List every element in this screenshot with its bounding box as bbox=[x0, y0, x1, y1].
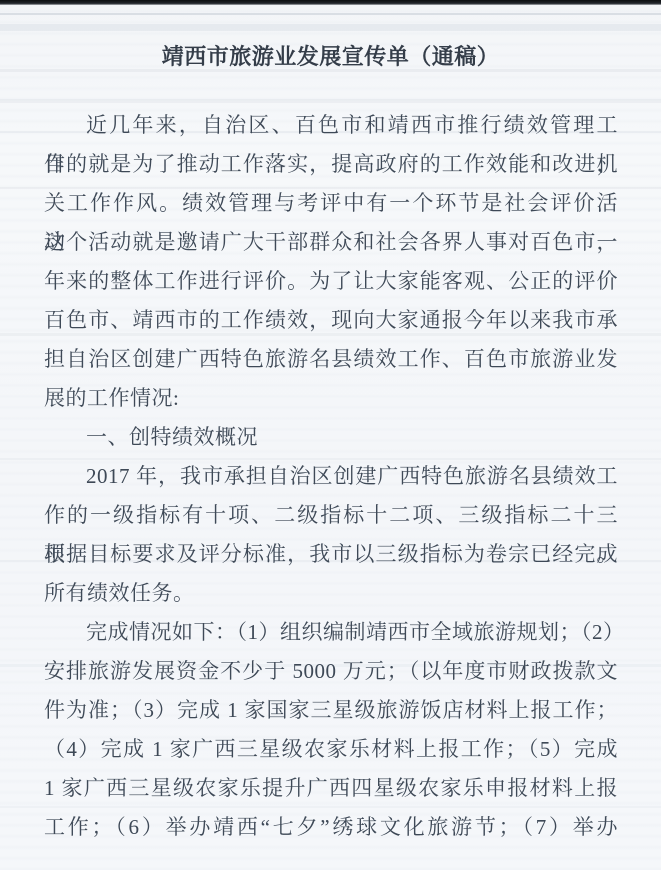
document-line: 作的一级指标有十项、二级指标十二项、三级指标二十三项。 bbox=[44, 496, 618, 535]
document-line: 百色市、靖西市的工作绩效，现向大家通报今年以来我市承 bbox=[44, 301, 618, 340]
document-line: 这个活动就是邀请广大干部群众和社会各界人事对百色市一 bbox=[44, 223, 618, 262]
document-line: 担自治区创建广西特色旅游名县绩效工作、百色市旅游业发 bbox=[44, 340, 618, 379]
document-line: 一、创特绩效概况 bbox=[44, 418, 618, 457]
document-line: 目的就是为了推动工作落实，提高政府的工作效能和改进机 bbox=[44, 145, 618, 184]
scan-streak bbox=[0, 13, 661, 15]
scan-artifact-top-bar bbox=[0, 0, 661, 5]
document-body: 近几年来，自治区、百色市和靖西市推行绩效管理工作，目的就是为了推动工作落实，提高… bbox=[44, 106, 618, 847]
document-line: 关工作作风。绩效管理与考评中有一个环节是社会评价活动， bbox=[44, 184, 618, 223]
document-line: 近几年来，自治区、百色市和靖西市推行绩效管理工作， bbox=[44, 106, 618, 145]
scan-streak bbox=[0, 24, 661, 31]
document-line: 安排旅游发展资金不少于 5000 万元；（以年度市财政拨款文 bbox=[44, 652, 618, 691]
document-line: 工作；（6）举办靖西“七夕”绣球文化旅游节；（7）举办 bbox=[44, 808, 618, 847]
document-title: 靖西市旅游业发展宣传单（通稿） bbox=[0, 40, 661, 71]
document-line: 件为准；（3）完成 1 家国家三星级旅游饭店材料上报工作； bbox=[44, 691, 618, 730]
document-line: 所有绩效任务。 bbox=[44, 574, 618, 613]
scan-streak bbox=[0, 99, 661, 103]
document-line: 完成情况如下：（1）组织编制靖西市全域旅游规划；（2） bbox=[44, 613, 618, 652]
document-line: 年来的整体工作进行评价。为了让大家能客观、公正的评价 bbox=[44, 262, 618, 301]
document-line: 展的工作情况: bbox=[44, 379, 618, 418]
document-line: 2017 年，我市承担自治区创建广西特色旅游名县绩效工 bbox=[44, 457, 618, 496]
document-line: （4）完成 1 家广西三星级农家乐材料上报工作；（5）完成 bbox=[44, 730, 618, 769]
document-page: 靖西市旅游业发展宣传单（通稿） 近几年来，自治区、百色市和靖西市推行绩效管理工作… bbox=[0, 0, 661, 870]
document-line: 1 家广西三星级农家乐提升广西四星级农家乐申报材料上报 bbox=[44, 769, 618, 808]
document-line: 根据目标要求及评分标准，我市以三级指标为卷宗已经完成 bbox=[44, 535, 618, 574]
